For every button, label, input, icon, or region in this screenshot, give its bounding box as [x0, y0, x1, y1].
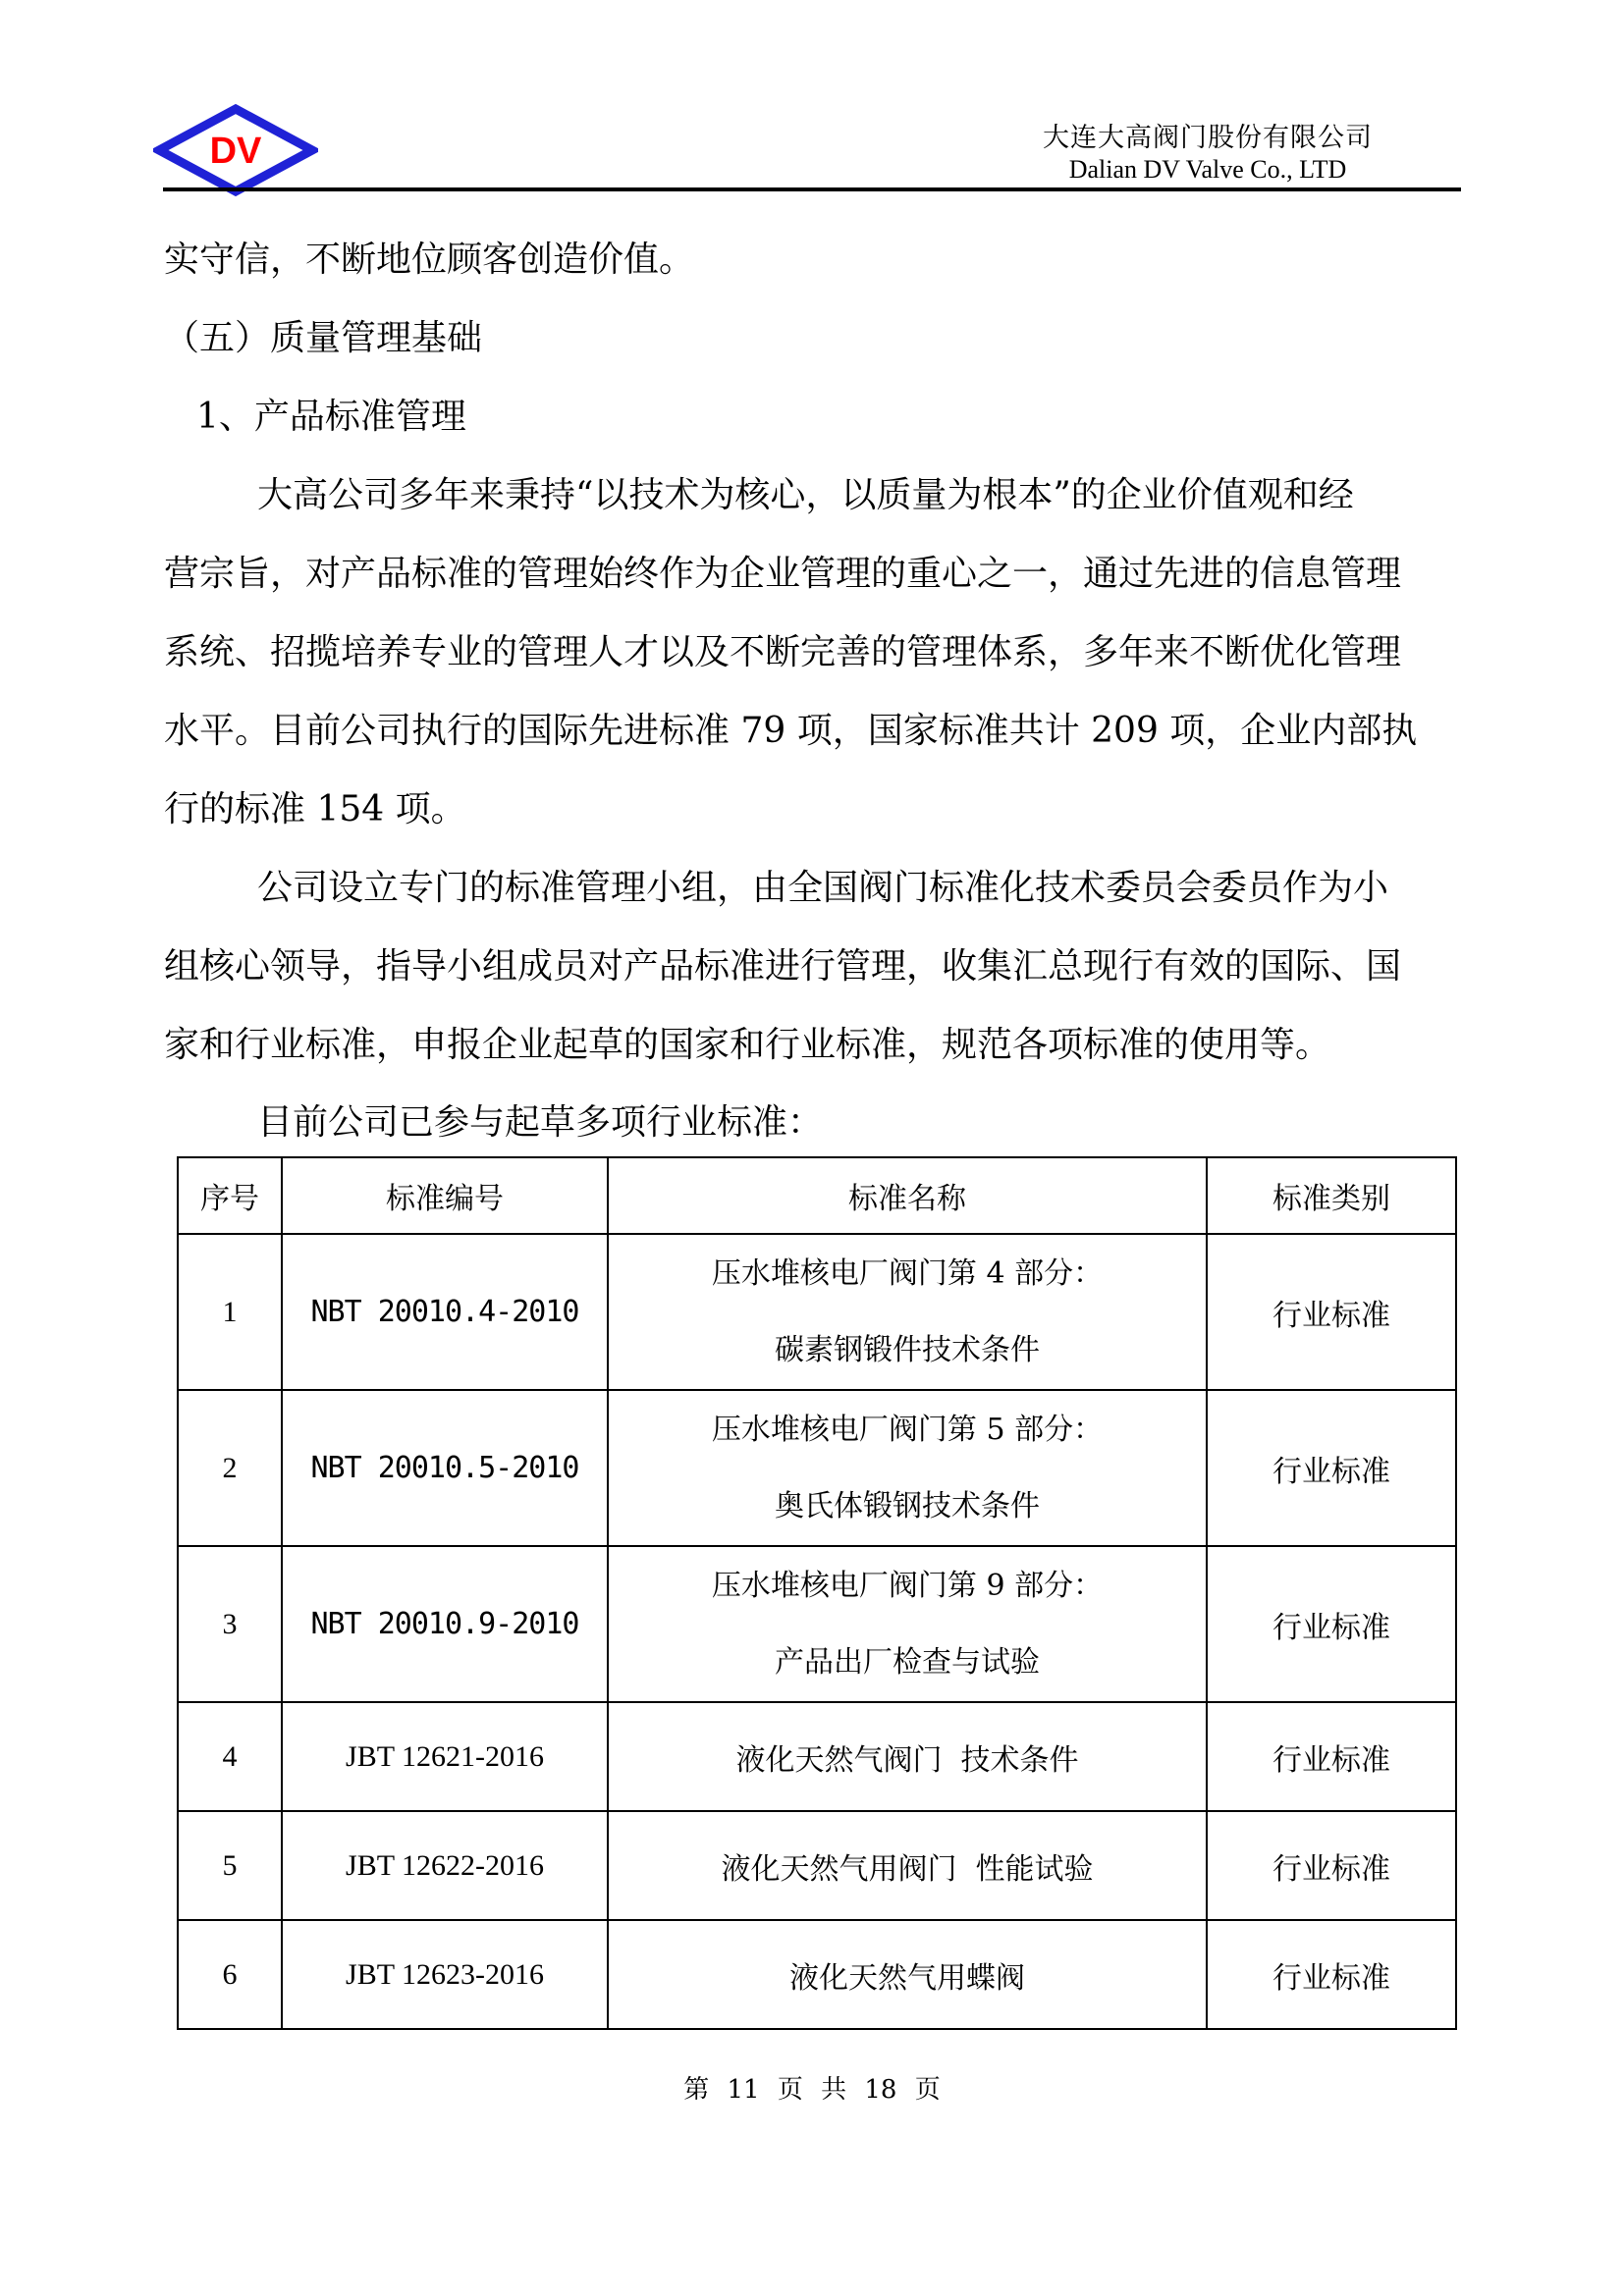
row-code: NBT 20010.5-2010 [282, 1390, 608, 1546]
section-heading: （五）质量管理基础 [164, 317, 482, 360]
row-category: 行业标准 [1207, 1702, 1456, 1811]
company-name-cn: 大连大高阀门股份有限公司 [1021, 116, 1394, 154]
row-no: 4 [178, 1702, 282, 1811]
table-row: 6 JBT 12623-2016 液化天然气用蝶阀 行业标准 [178, 1920, 1456, 2029]
row-no: 6 [178, 1920, 282, 2029]
company-name-en: Dalian DV Valve Co., LTD [1021, 155, 1394, 185]
continuation-line: 实守信，不断地位顾客创造价值。 [164, 239, 694, 282]
row-no: 5 [178, 1811, 282, 1920]
row-name: 压水堆核电厂阀门第 5 部分： 奥氏体锻钢技术条件 [608, 1390, 1207, 1546]
row-code: JBT 12622-2016 [282, 1811, 608, 1920]
table-row: 5 JBT 12622-2016 液化天然气用阀门 性能试验 行业标准 [178, 1811, 1456, 1920]
dv-diamond-logo-icon: DV [153, 104, 318, 196]
header-cell-name: 标准名称 [608, 1157, 1207, 1234]
row-name: 压水堆核电厂阀门第 9 部分： 产品出厂检查与试验 [608, 1546, 1207, 1702]
row-no: 3 [178, 1546, 282, 1702]
paragraph-line: 组核心领导，指导小组成员对产品标准进行管理，收集汇总现行有效的国际、国 [164, 945, 1401, 988]
table-row: 3 NBT 20010.9-2010 压水堆核电厂阀门第 9 部分： 产品出厂检… [178, 1546, 1456, 1702]
row-no: 1 [178, 1234, 282, 1390]
row-name: 液化天然气用阀门 性能试验 [608, 1811, 1207, 1920]
row-no: 2 [178, 1390, 282, 1546]
table-header-row: 序号 标准编号 标准名称 标准类别 [178, 1157, 1456, 1234]
paragraph-line: 水平。目前公司执行的国际先进标准 79 项，国家标准共计 209 项，企业内部执 [164, 710, 1417, 753]
header-divider [163, 187, 1461, 191]
paragraph-line: 大高公司多年来秉持“以技术为核心，以质量为根本”的企业价值观和经 [257, 474, 1354, 517]
row-category: 行业标准 [1207, 1546, 1456, 1702]
standards-table: 序号 标准编号 标准名称 标准类别 1 NBT 20010.4-2010 压水堆… [177, 1156, 1457, 2030]
paragraph-line: 家和行业标准，申报企业起草的国家和行业标准，规范各项标准的使用等。 [164, 1024, 1330, 1067]
paragraph-line: 公司设立专门的标准管理小组，由全国阀门标准化技术委员会委员作为小 [257, 867, 1388, 910]
paragraph-line: 营宗旨，对产品标准的管理始终作为企业管理的重心之一，通过先进的信息管理 [164, 553, 1401, 596]
row-name: 压水堆核电厂阀门第 4 部分： 碳素钢锻件技术条件 [608, 1234, 1207, 1390]
row-code: JBT 12623-2016 [282, 1920, 608, 2029]
company-logo: DV [153, 104, 318, 196]
row-name: 液化天然气阀门 技术条件 [608, 1702, 1207, 1811]
table-row: 2 NBT 20010.5-2010 压水堆核电厂阀门第 5 部分： 奥氏体锻钢… [178, 1390, 1456, 1546]
row-code: NBT 20010.4-2010 [282, 1234, 608, 1390]
table-row: 1 NBT 20010.4-2010 压水堆核电厂阀门第 4 部分： 碳素钢锻件… [178, 1234, 1456, 1390]
row-category: 行业标准 [1207, 1811, 1456, 1920]
header-cell-category: 标准类别 [1207, 1157, 1456, 1234]
row-code: NBT 20010.9-2010 [282, 1546, 608, 1702]
subsection-heading: 1、产品标准管理 [196, 396, 466, 439]
paragraph-line: 系统、招揽培养专业的管理人才以及不断完善的管理体系，多年来不断优化管理 [164, 631, 1401, 674]
table-intro: 目前公司已参与起草多项行业标准： [257, 1101, 823, 1145]
paragraph-line: 行的标准 154 项。 [164, 788, 466, 831]
page-number: 第 11 页 共 18 页 [0, 2069, 1624, 2106]
table-row: 4 JBT 12621-2016 液化天然气阀门 技术条件 行业标准 [178, 1702, 1456, 1811]
row-category: 行业标准 [1207, 1234, 1456, 1390]
row-code: JBT 12621-2016 [282, 1702, 608, 1811]
header-cell-no: 序号 [178, 1157, 282, 1234]
header-cell-code: 标准编号 [282, 1157, 608, 1234]
row-name: 液化天然气用蝶阀 [608, 1920, 1207, 2029]
row-category: 行业标准 [1207, 1920, 1456, 2029]
svg-text:DV: DV [210, 131, 262, 172]
row-category: 行业标准 [1207, 1390, 1456, 1546]
